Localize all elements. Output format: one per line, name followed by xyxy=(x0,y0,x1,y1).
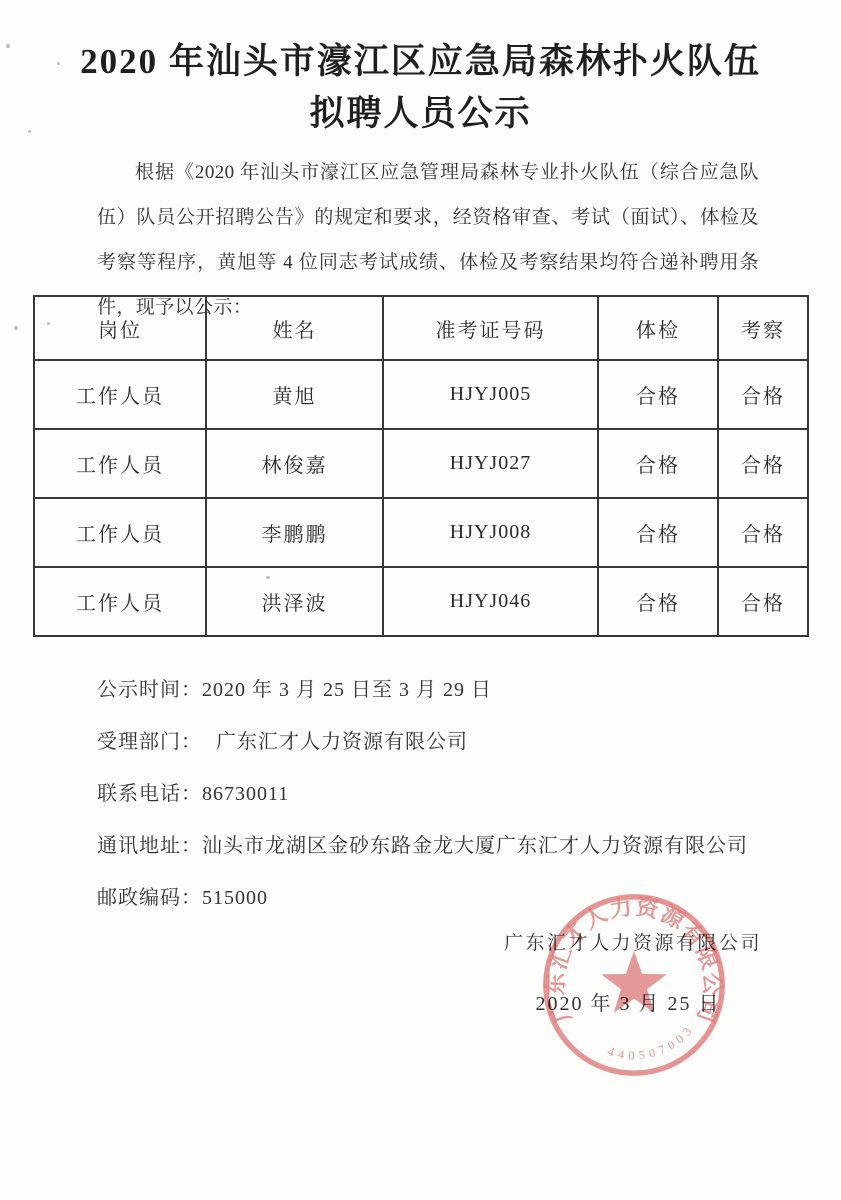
postal-code-label: 邮政编码： xyxy=(97,887,202,909)
mailing-address-label: 通讯地址： xyxy=(97,835,202,857)
cell-position: 工作人员 xyxy=(34,498,206,567)
cell-physical-exam: 合格 xyxy=(598,429,718,498)
announcement-document: 2020 年汕头市濠江区应急局森林扑火队伍 拟聘人员公示 根据《2020 年汕头… xyxy=(0,0,841,1200)
cell-physical-exam: 合格 xyxy=(598,360,718,429)
table-row: 工作人员 洪泽波 HJYJ046 合格 合格 xyxy=(34,567,808,636)
table-row: 工作人员 李鹏鹏 HJYJ008 合格 合格 xyxy=(34,498,808,567)
cell-position: 工作人员 xyxy=(34,429,206,498)
table-row: 工作人员 林俊嘉 HJYJ027 合格 合格 xyxy=(34,429,808,498)
company-seal: 广东汇才人力资源有限公司 44050700366 xyxy=(536,887,732,1083)
title-line-1: 2020 年汕头市濠江区应急局森林扑火队伍 xyxy=(0,36,841,88)
cell-ticket-number: HJYJ046 xyxy=(383,567,598,636)
header-inspection: 考察 xyxy=(718,296,808,360)
cell-physical-exam: 合格 xyxy=(598,498,718,567)
postal-code-line: 邮政编码：515000 xyxy=(97,885,748,911)
candidate-table: 岗位 姓名 准考证号码 体检 考察 工作人员 黄旭 HJYJ005 合格 合格 … xyxy=(33,295,809,637)
cell-ticket-number: HJYJ008 xyxy=(383,498,598,567)
detail-lines: 公示时间：2020 年 3 月 25 日至 3 月 29 日 受理部门：广东汇才… xyxy=(97,677,748,911)
mailing-address-value: 汕头市龙湖区金砂东路金龙大厦广东汇才人力资源有限公司 xyxy=(202,835,748,857)
signature-company: 广东汇才人力资源有限公司 xyxy=(423,928,841,955)
cell-inspection: 合格 xyxy=(718,498,808,567)
cell-name: 黄旭 xyxy=(206,360,383,429)
cell-position: 工作人员 xyxy=(34,360,206,429)
accepting-department-label: 受理部门： xyxy=(97,731,202,753)
cell-inspection: 合格 xyxy=(718,429,808,498)
cell-name: 洪泽波 xyxy=(206,567,383,636)
cell-physical-exam: 合格 xyxy=(598,567,718,636)
seal-border xyxy=(546,897,722,1073)
header-position: 岗位 xyxy=(34,296,206,360)
cell-position: 工作人员 xyxy=(34,567,206,636)
contact-phone-value: 86730011 xyxy=(202,783,289,805)
accepting-department-line: 受理部门：广东汇才人力资源有限公司 xyxy=(97,729,748,755)
document-title: 2020 年汕头市濠江区应急局森林扑火队伍 拟聘人员公示 xyxy=(0,36,841,140)
signature-date: 2020 年 3 月 25 日 xyxy=(428,987,828,1016)
postal-code-value: 515000 xyxy=(202,887,268,909)
header-physical-exam: 体检 xyxy=(598,296,718,360)
publicity-period-value: 2020 年 3 月 25 日至 3 月 29 日 xyxy=(202,679,492,701)
table-header-row: 岗位 姓名 准考证号码 体检 考察 xyxy=(34,296,808,360)
header-name: 姓名 xyxy=(206,296,383,360)
cell-ticket-number: HJYJ005 xyxy=(383,360,598,429)
table-row: 工作人员 黄旭 HJYJ005 合格 合格 xyxy=(34,360,808,429)
title-line-2: 拟聘人员公示 xyxy=(0,88,841,140)
cell-inspection: 合格 xyxy=(718,567,808,636)
contact-phone-label: 联系电话： xyxy=(97,783,202,805)
publicity-period-label: 公示时间： xyxy=(97,679,202,701)
cell-name: 李鹏鹏 xyxy=(206,498,383,567)
seal-code-text: 44050700366 xyxy=(536,887,694,1063)
accepting-department-value: 广东汇才人力资源有限公司 xyxy=(216,731,468,753)
publicity-period-line: 公示时间：2020 年 3 月 25 日至 3 月 29 日 xyxy=(97,677,748,703)
cell-inspection: 合格 xyxy=(718,360,808,429)
contact-phone-line: 联系电话：86730011 xyxy=(97,781,748,807)
header-ticket-number: 准考证号码 xyxy=(383,296,598,360)
cell-name: 林俊嘉 xyxy=(206,429,383,498)
cell-ticket-number: HJYJ027 xyxy=(383,429,598,498)
mailing-address-line: 通讯地址：汕头市龙湖区金砂东路金龙大厦广东汇才人力资源有限公司 xyxy=(97,833,748,859)
scan-speck xyxy=(14,326,18,330)
